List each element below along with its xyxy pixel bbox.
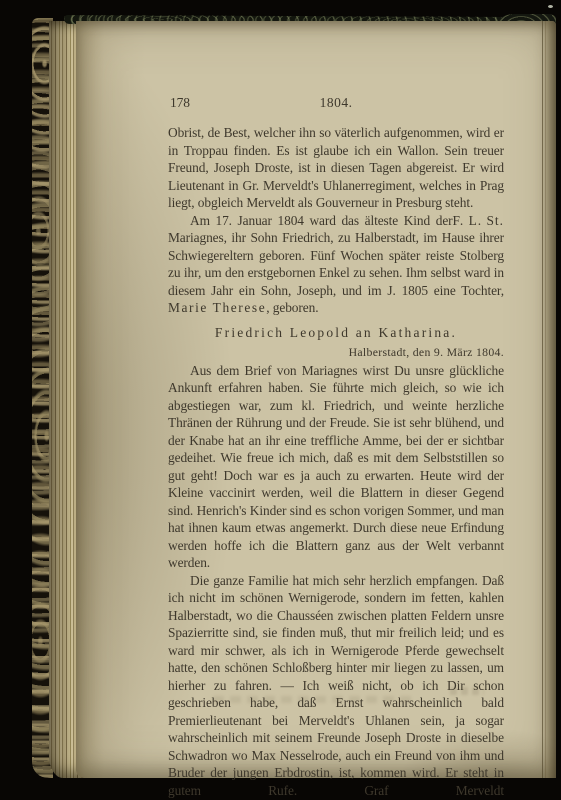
book-scan-scene: 178 1804. Obrist, de Best, welcher ihn s… <box>0 0 561 800</box>
emphasized-name: Marie Therese <box>168 300 266 315</box>
ink-show-through <box>213 696 415 703</box>
letter-heading: Friedrich Leopold an Katharina. <box>168 324 504 342</box>
page-number: 178 <box>170 94 190 112</box>
ink-show-through-mark <box>450 687 484 695</box>
running-head: 1804. <box>320 94 353 112</box>
letter-dateline: Halberstadt, den 9. März 1804. <box>168 344 504 362</box>
paragraph-continuation-text: Obrist, de Best, welcher ihn so väterlic… <box>168 125 504 210</box>
paragraph-letter-2: Die ganze Familie hat mich sehr herzlich… <box>168 572 504 800</box>
birth-note-text-end: , geboren. <box>266 300 318 315</box>
dust-speck <box>548 5 553 8</box>
paragraph-letter-1: Aus dem Brief von Mariagnes wirst Du uns… <box>168 362 504 572</box>
letter-signature: F. L. St. <box>453 212 504 230</box>
page-header: 178 1804. <box>168 94 504 109</box>
paragraph-continuation: Obrist, de Best, welcher ihn so väterlic… <box>168 124 504 212</box>
page-right-edge <box>542 21 556 778</box>
